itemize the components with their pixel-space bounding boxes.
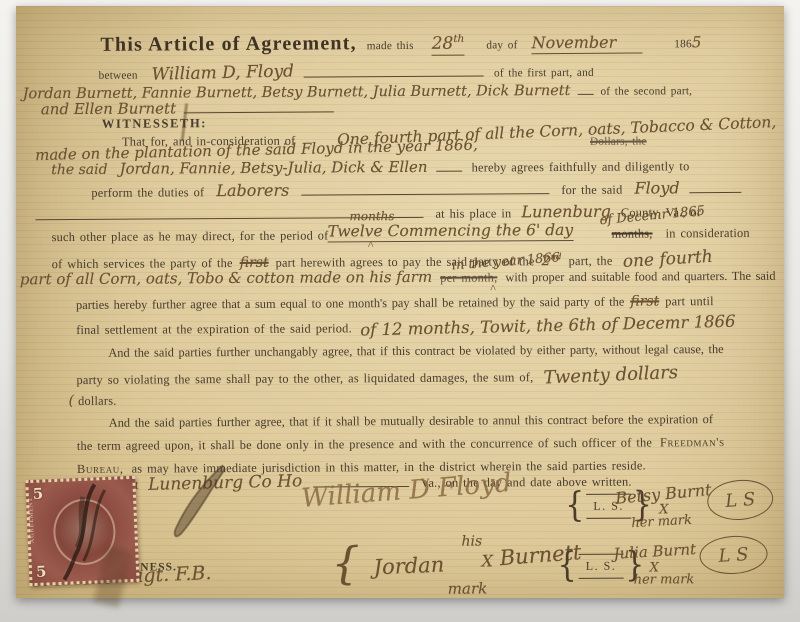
between-line: between William D, Floyd of the first pa… [99,61,594,84]
brace-left-icon: { [565,489,584,524]
crops-line: part of all Corn, oats, Tobo & cotton ma… [20,266,784,290]
final-handwritten: of 12 months, Towit, the 6th of Decemr 1… [360,312,736,340]
witnesseth-line: WITNESSETH: [102,114,207,133]
day-number: 28 [432,34,454,54]
month-handwritten: November [532,33,643,55]
her-mark-label: her mark [631,513,692,532]
blank-rule [184,101,334,113]
brace-left-icon: { [558,549,577,584]
blank-rule [437,161,463,172]
final-prefix: final settlement at the expiration of th… [76,321,352,337]
annul-1: And the said parties further agree, that… [109,412,713,430]
in-consideration-label: in consideration [666,226,750,242]
jordan-signature-text: Jordan [373,553,445,580]
annul-line-2: the term agreed upon, it shall be done o… [77,433,725,455]
mark-label: mark [448,579,488,597]
blank-rule [577,84,593,95]
for-said-label: for the said [561,183,622,197]
second-part-label: of the second part, [600,85,692,98]
employer-handwritten: Floyd [634,178,679,197]
document-paper: This Article of Agreement, made this 28t… [16,6,784,598]
title-line: This Article of Agreement, made this 28t… [100,30,701,57]
made-this-label: made this [367,40,414,52]
crops-handwritten: part of all Corn, oats, Tobo & cotton ma… [20,268,432,289]
stamp-value: 5 [36,562,47,580]
annul-line-1: And the said parties further agree, that… [109,410,713,432]
damages-handwritten: Twenty dollars [543,362,678,389]
julia-signature-group: Julia Burnt L S X her mark [613,542,783,603]
workers-handwritten: Jordan, Fannie, Betsy-Julia, Dick & Elle… [119,158,427,178]
blank-rule [304,65,484,77]
food-quarters-label: with proper and suitable food and quarte… [505,269,775,285]
day-suffix: th [453,33,464,45]
first-scribbled-2: first [630,293,659,309]
betsy-signature-group: Betsy Burnt L S X her mark [615,478,785,543]
retained-line: parties hereby further agree that a sum … [76,292,714,314]
period-handwritten: Twelve Commencing the 6' day [328,221,574,242]
ls-oval-handwritten: L S [706,477,775,522]
first-party-handwritten: William D, Floyd [151,61,294,84]
day-handwritten: 28th [432,34,465,56]
perform-line: perform the duties of Laborers for the s… [91,178,741,202]
retained-1: parties hereby further agree that a sum … [76,295,624,312]
stamp-agreement-label: AGREEMENT [28,497,36,543]
violated-line-1: And the said parties further unchangably… [108,340,723,362]
year-printed: 186 [674,38,692,50]
violated-1: And the said parties further unchangably… [108,342,723,360]
julia-signature-text: Julia Burnt [613,540,696,563]
witnesseth-label: WITNESSETH: [102,116,207,131]
document-content: This Article of Agreement, made this 28t… [14,4,786,601]
the-said-label: the said [51,162,107,178]
day-of-label: day of [486,39,517,51]
document-title: This Article of Agreement, [100,32,356,56]
dollars-word: dollars. [78,394,117,408]
perform-label: perform the duties of [91,185,204,200]
final-line: final settlement at the expiration of th… [76,315,735,339]
brace-handwritten-icon: { [331,542,359,586]
between-label: between [99,70,138,82]
freedmans-label: Freedman's [660,435,725,449]
blank-rule [301,183,549,196]
blank-rule [690,182,742,193]
place-handwritten: Lunenburg [521,202,611,222]
per-month-struck: per month, [440,270,497,284]
first-part-label: of the first part, and [494,67,594,80]
floyd-signature: William D Floyd [301,475,512,506]
x-mark: X [482,551,494,570]
dollars-line: ( dollars. [69,392,117,410]
violated-line-2: party so violating the same shall pay to… [76,364,678,389]
annul-2: the term agreed upon, it shall be done o… [77,435,652,453]
months-struck: months, [612,226,653,241]
violated-2: party so violating the same shall pay to… [76,370,533,387]
duties-handwritten: Laborers [216,181,289,200]
retained-2: part until [665,294,714,308]
paren-mark: ( [69,393,75,409]
her-mark-label: her mark [634,572,695,587]
the-said-line: the said Jordan, Fannie, Betsy-Julia, Di… [51,156,689,179]
period-prefix: such other place as he may direct, for t… [52,228,329,245]
given-place-handwritten: Lunenburg Co Ho [148,471,303,495]
agrees-label: hereby agrees faithfully and diligently … [472,159,690,174]
at-place-label: at his place in [435,206,511,220]
his-label: his [461,534,482,550]
year-digit-handwritten: 5 [692,33,702,51]
